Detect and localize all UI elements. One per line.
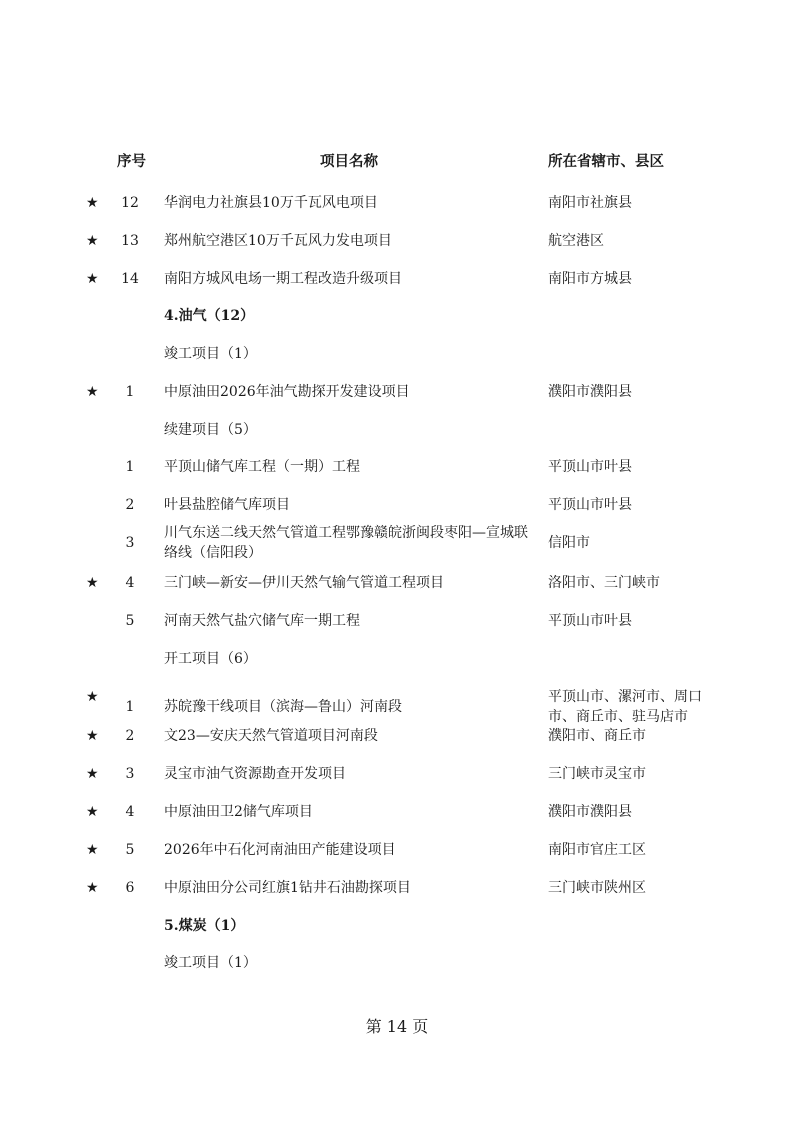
row-name: 南阳方城风电场一期工程改造升级项目 [164, 269, 534, 289]
row-name: 5.煤炭（1） [164, 916, 534, 936]
row-location: 平顶山市叶县 [548, 611, 718, 631]
row-name: 河南天然气盐穴储气库一期工程 [164, 611, 534, 631]
row-name: 中原油田2026年油气勘探开发建设项目 [164, 382, 534, 402]
row-location: 濮阳市濮阳县 [548, 802, 718, 822]
row-seq: 6 [110, 878, 150, 898]
star-icon: ★ [86, 840, 99, 860]
header-seq: 序号 [117, 150, 146, 171]
row-name: 中原油田分公司红旗1钻井石油勘探项目 [164, 878, 534, 898]
row-name: 2026年中石化河南油田产能建设项目 [164, 840, 534, 860]
row-location: 平顶山市叶县 [548, 457, 718, 477]
row-location: 濮阳市濮阳县 [548, 382, 718, 402]
page-number: 第 14 页 [0, 1014, 794, 1037]
row-location: 南阳市官庄工区 [548, 840, 718, 860]
row-location: 洛阳市、三门峡市 [548, 573, 718, 593]
star-icon: ★ [86, 878, 99, 898]
row-location: 三门峡市灵宝市 [548, 764, 718, 784]
star-icon: ★ [86, 726, 99, 746]
row-location: 平顶山市、漯河市、周口市、商丘市、驻马店市 [548, 687, 718, 727]
row-seq: 1 [110, 382, 150, 402]
row-seq: 5 [110, 840, 150, 860]
row-name: 开工项目（6） [164, 649, 534, 669]
row-name: 三门峡—新安—伊川天然气输气管道工程项目 [164, 573, 534, 593]
row-name: 平顶山储气库工程（一期）工程 [164, 457, 534, 477]
row-seq: 3 [110, 764, 150, 784]
row-seq: 1 [110, 457, 150, 477]
star-icon: ★ [86, 269, 99, 289]
row-seq: 2 [110, 726, 150, 746]
row-name: 续建项目（5） [164, 420, 534, 440]
row-name: 苏皖豫干线项目（滨海—鲁山）河南段 [164, 697, 534, 717]
star-icon: ★ [86, 382, 99, 402]
row-seq: 13 [110, 231, 150, 251]
row-name: 郑州航空港区10万千瓦风力发电项目 [164, 231, 534, 251]
row-seq: 4 [110, 802, 150, 822]
row-name: 川气东送二线天然气管道工程鄂豫赣皖浙闽段枣阳—宣城联络线（信阳段） [164, 523, 534, 563]
row-seq: 1 [110, 697, 150, 717]
row-name: 中原油田卫2储气库项目 [164, 802, 534, 822]
header-name: 项目名称 [320, 150, 378, 171]
row-name: 竣工项目（1） [164, 953, 534, 973]
row-location: 三门峡市陕州区 [548, 878, 718, 898]
row-seq: 3 [110, 533, 150, 553]
row-seq: 4 [110, 573, 150, 593]
row-location: 信阳市 [548, 533, 718, 553]
row-location: 濮阳市、商丘市 [548, 726, 718, 746]
table-header: 序号 项目名称 所在省辖市、县区 [0, 150, 794, 172]
header-location: 所在省辖市、县区 [548, 150, 664, 171]
row-seq: 2 [110, 495, 150, 515]
row-name: 4.油气（12） [164, 306, 534, 326]
row-location: 南阳市社旗县 [548, 193, 718, 213]
row-location: 平顶山市叶县 [548, 495, 718, 515]
row-location: 航空港区 [548, 231, 718, 251]
row-name: 灵宝市油气资源勘查开发项目 [164, 764, 534, 784]
star-icon: ★ [86, 802, 99, 822]
row-name: 华润电力社旗县10万千瓦风电项目 [164, 193, 534, 213]
document-page: 序号 项目名称 所在省辖市、县区 ★12华润电力社旗县10万千瓦风电项目南阳市社… [0, 0, 794, 1123]
row-seq: 12 [110, 193, 150, 213]
row-name: 文23—安庆天然气管道项目河南段 [164, 726, 534, 746]
row-seq: 14 [110, 269, 150, 289]
star-icon: ★ [86, 764, 99, 784]
star-icon: ★ [86, 687, 99, 707]
row-name: 叶县盐腔储气库项目 [164, 495, 534, 515]
row-location: 南阳市方城县 [548, 269, 718, 289]
star-icon: ★ [86, 231, 99, 251]
row-name: 竣工项目（1） [164, 344, 534, 364]
row-seq: 5 [110, 611, 150, 631]
star-icon: ★ [86, 573, 99, 593]
star-icon: ★ [86, 193, 99, 213]
